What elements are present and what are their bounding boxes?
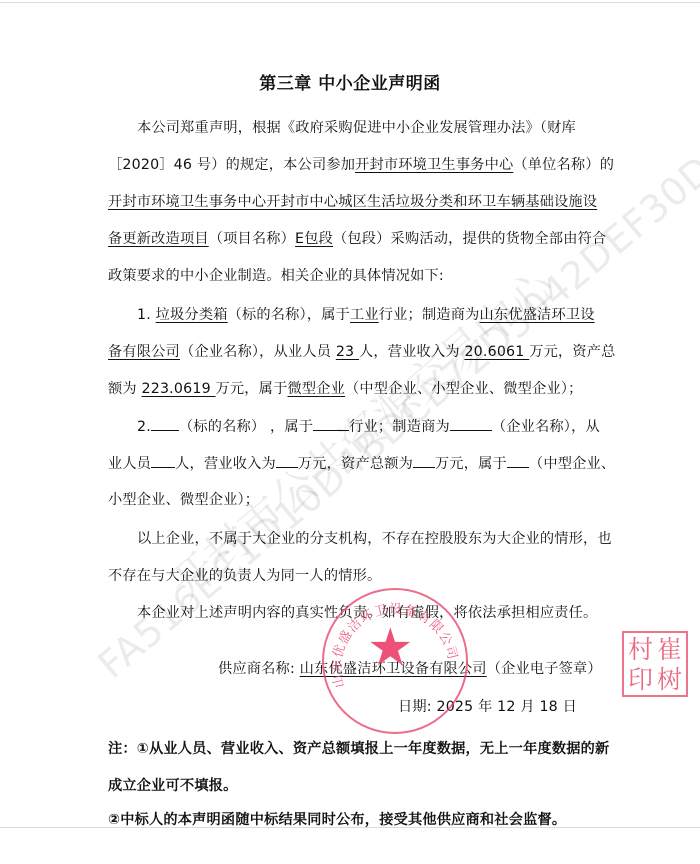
intro-line-1: 本公司郑重声明，根据《政府采购促进中小企业发展管理办法》（财库 — [137, 118, 576, 138]
item1-type-options: （中型企业、小型企业、微型企业）； — [345, 381, 583, 397]
item1-manufacturer-label: （企业名称），从业人员 — [180, 344, 336, 360]
item1-line-3: 额为 223.0619 万元，属于微型企业（中型企业、小型企业、微型企业）； — [108, 379, 583, 399]
item2-line-3: 小型企业、微型企业）； — [108, 490, 259, 510]
item1-assets: 223.0619 — [142, 381, 216, 397]
item2-subject-blank — [151, 416, 179, 431]
item2-industry-blank — [313, 416, 349, 431]
item1-manufacturer-part2: 备有限公司 — [108, 344, 180, 360]
seal-char-4: 树 — [655, 665, 684, 695]
item2-line-2: 业人员人，营业收入为万元，资产总额为万元，属于（中型企业、 — [108, 453, 615, 474]
item2-manufacturer-label: （企业名称），从 — [492, 419, 600, 435]
seal-char-2: 崔 — [655, 635, 684, 665]
item1-subject-label: （标的名称），属于 — [228, 307, 350, 323]
item2-revenue-label: 人，营业收入为 — [175, 456, 276, 472]
item1-subject: 垃圾分类箱 — [156, 307, 228, 323]
purchaser-name: 开封市环境卫生事务中心 — [355, 157, 513, 173]
item2-employees-blank — [151, 453, 175, 468]
note1-line-1: 注：①从业人员、营业收入、资产总额填报上一年度数据，无上一年度数据的新 — [108, 739, 609, 759]
intro-line-5: 政策要求的中小企业制造。相关企业的具体情况如下: — [108, 266, 444, 286]
intro-line-2: ［2020］46 号）的规定，本公司参加开封市环境卫生事务中心（单位名称）的 — [108, 155, 614, 175]
item2-line-1: 2.（标的名称） ，属于行业；制造商为（企业名称），从 — [137, 416, 600, 437]
regulation-ref: ［2020］46 号）的规定，本公司参加 — [108, 157, 355, 173]
page-gap — [0, 828, 700, 864]
item1-revenue: 20.6061 — [464, 344, 529, 360]
item2-type-label: 万元，属于 — [435, 456, 507, 472]
item1-revenue-unit: 万元，资产总 — [529, 344, 615, 360]
item2-number: 2. — [137, 419, 151, 435]
star-icon: ★ — [367, 622, 414, 674]
item2-employees-label: 业人员 — [108, 456, 151, 472]
note1-line-2: 成立企业可不填报。 — [108, 776, 238, 796]
item2-manufacturer-blank — [450, 416, 492, 431]
item1-assets-prefix: 额为 — [108, 381, 142, 397]
item1-employees: 23 — [336, 344, 359, 360]
lot-label: （包段）采购活动，提供的货物全部由符合 — [333, 231, 606, 247]
item2-type-blank — [507, 453, 529, 468]
supplier-seal-label: （企业电子签章） — [487, 661, 602, 677]
item1-employees-unit: 人，营业收入为 — [359, 344, 464, 360]
item2-type-options-a: （中型企业、 — [529, 456, 615, 472]
project-name-label: （项目名称） — [209, 231, 295, 247]
lot-name: E包段 — [295, 231, 333, 247]
unit-name-label: （单位名称）的 — [513, 157, 614, 173]
item2-industry-label: 行业；制造商为 — [349, 419, 450, 435]
item2-revenue-blank — [276, 453, 298, 468]
project-name-line-1: 开封市环境卫生事务中心开封市中心城区生活垃圾分类和环卫车辆基础设施设 — [108, 192, 597, 212]
item1-number: 1. — [137, 307, 156, 323]
item1-industry: 工业 — [350, 307, 379, 323]
company-seal: 山东优盛洁环卫设备有限公司 ★ — [322, 588, 468, 734]
note2: ②中标人的本声明函随中标结果同时公布，接受其他供应商和社会监督。 — [108, 810, 566, 828]
item1-assets-unit: 万元，属于 — [216, 381, 288, 397]
item1-line-2: 备有限公司（企业名称），从业人员 23 人，营业收入为 20.6061 万元，资… — [108, 342, 616, 362]
item1-manufacturer-part1: 山东优盛洁环卫设 — [480, 307, 595, 323]
document-page: 开封市公共资源交易中心 FA516EC1D10D4BDCB72D5042DEF3… — [0, 2, 700, 828]
page-title: 第三章 中小企业声明函 — [0, 69, 700, 94]
item2-subject-label: （标的名称） ，属于 — [179, 419, 313, 435]
item2-assets-blank — [413, 453, 435, 468]
statement1-line-1: 以上企业，不属于大企业的分支机构，不存在控股股东为大企业的情形，也 — [137, 529, 612, 549]
project-name-line-2: 备更新改造项目 — [108, 231, 209, 247]
seal-char-3: 印 — [626, 665, 655, 695]
item1-industry-label: 行业；制造商为 — [379, 307, 480, 323]
personal-seal: 村 崔 印 树 — [622, 631, 688, 697]
item2-assets-label: 万元，资产总额为 — [298, 456, 413, 472]
intro-line-4: 备更新改造项目（项目名称）E包段（包段）采购活动，提供的货物全部由符合 — [108, 229, 606, 249]
item1-line-1: 1. 垃圾分类箱（标的名称），属于工业行业；制造商为山东优盛洁环卫设 — [137, 305, 595, 325]
item1-enterprise-type: 微型企业 — [287, 381, 345, 397]
statement1-line-2: 不存在与大企业的负责人为同一人的情形。 — [108, 566, 381, 586]
supplier-label: 供应商名称: — [218, 661, 300, 677]
seal-char-1: 村 — [626, 635, 655, 665]
